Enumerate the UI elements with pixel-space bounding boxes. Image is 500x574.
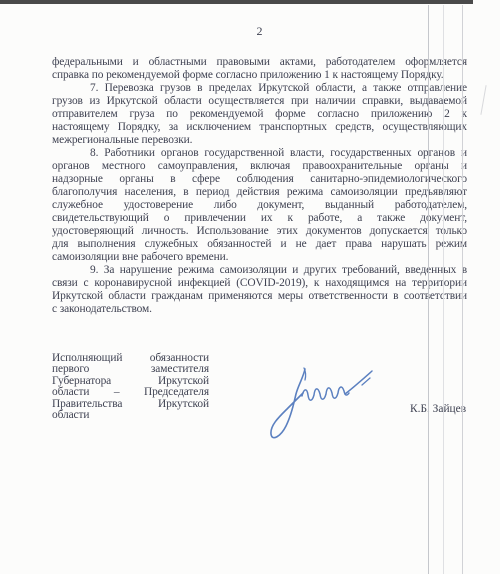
text-line: с законодательством. (52, 303, 467, 316)
signature-title-line: области – Председателя (52, 387, 209, 398)
signature-title-line: области (52, 410, 209, 421)
text-line: связи с коронавирусной инфекцией (COVID-… (52, 277, 467, 290)
text-line: удостоверяющий личность. Использование э… (52, 225, 467, 238)
text-line: федеральными и областными правовыми акта… (52, 56, 467, 69)
scan-fold-line (462, 5, 463, 574)
page-number: 2 (52, 24, 467, 39)
text-line: свидетельствующий о привлечении их к раб… (52, 212, 467, 225)
paragraph: 9. За нарушение режима самоизоляции и др… (52, 264, 467, 316)
text-line: отправителем груза по рекомендуемой форм… (52, 108, 467, 121)
signee-name: К.Б. Зайцев (410, 403, 466, 415)
text-line: 9. За нарушение режима самоизоляции и др… (52, 264, 467, 277)
text-line: настоящему Порядку, за исключением транс… (52, 121, 467, 134)
paragraph: 7. Перевозка грузов в пределах Иркутской… (52, 82, 467, 147)
scanned-document-page: 2 федеральными и областными правовыми ак… (0, 0, 500, 574)
signature-title-block: Исполняющий обязанностипервого заместите… (52, 353, 209, 421)
text-line: справка по рекомендуемой форме согласно … (52, 69, 467, 82)
paragraph: 8. Работники органов государственной вла… (52, 147, 467, 264)
text-line: самоизоляции вне рабочего времени. (52, 251, 467, 264)
scan-scratch-artifact (480, 85, 486, 115)
text-line: 7. Перевозка грузов в пределах Иркутской… (52, 82, 467, 95)
document-body: федеральными и областными правовыми акта… (52, 56, 467, 316)
text-line: служебное удостоверение либо документ, в… (52, 199, 467, 212)
scan-fold-line (428, 5, 429, 574)
text-line: 8. Работники органов государственной вла… (52, 147, 467, 160)
text-line: надзорные органы в сфере соблюдения сани… (52, 173, 467, 186)
text-line: благополучия населения, в период действи… (52, 186, 467, 199)
scan-fold-line (443, 5, 444, 574)
paragraph: федеральными и областными правовыми акта… (52, 56, 467, 82)
text-line: грузов из Иркутской области осуществляет… (52, 95, 467, 108)
handwritten-signature-icon (266, 366, 378, 448)
text-line: для выполнения служебных обязанностей и … (52, 238, 467, 251)
scan-edge-bar (0, 0, 473, 4)
text-line: органов местного самоуправления, включая… (52, 160, 467, 173)
text-line: Иркутской области гражданам применяются … (52, 290, 467, 303)
text-line: межрегиональные перевозки. (52, 134, 467, 147)
